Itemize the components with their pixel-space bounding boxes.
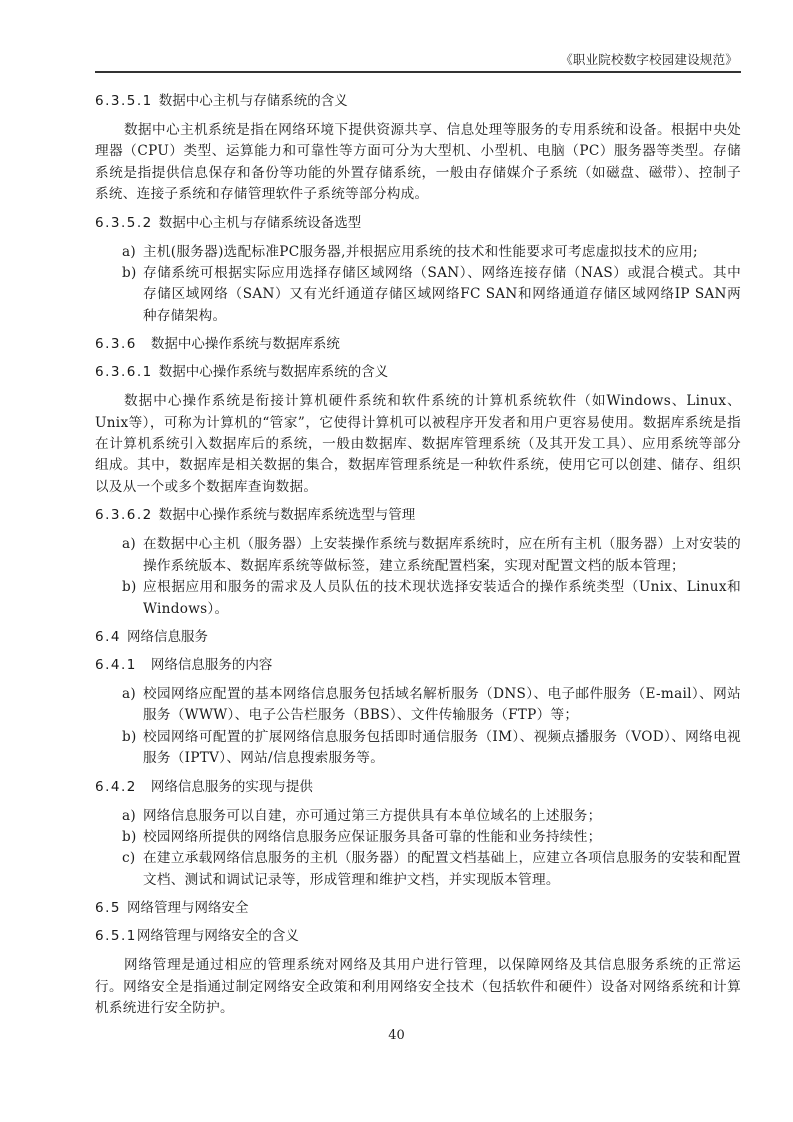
list-item: a)校园网络应配置的基本网络信息服务包括域名解析服务（DNS）、电子邮件服务（E… xyxy=(95,684,741,727)
section-heading-6-5: 6.5网络管理与网络安全 xyxy=(95,898,741,919)
section-title: 数据中心主机与存储系统设备选型 xyxy=(159,215,362,231)
list-marker: a) xyxy=(122,242,136,263)
section-heading-6-4: 6.4网络信息服务 xyxy=(95,627,741,648)
list-item-text: 应根据应用和服务的需求及人员队伍的技术现状选择安装适合的操作系统类型（Unix、… xyxy=(143,579,741,616)
list-item-text: 存储系统可根据实际应用选择存储区域网络（SAN）、网络连接存储（NAS）或混合模… xyxy=(143,265,741,324)
list-item-text: 主机(服务器)选配标准PC服务器,并根据应用系统的技术和性能要求可考虑虚拟技术的… xyxy=(143,244,698,260)
list: a)网络信息服务可以自建，亦可通过第三方提供具有本单位域名的上述服务； b)校园… xyxy=(95,806,741,892)
body-paragraph: 数据中心主机系统是指在网络环境下提供资源共享、信息处理等服务的专用系统和设备。根… xyxy=(95,120,741,206)
section-heading-6-3-5-2: 6.3.5.2数据中心主机与存储系统设备选型 xyxy=(95,213,741,234)
section-title: 数据中心操作系统与数据库系统的含义 xyxy=(159,364,389,380)
list: a)校园网络应配置的基本网络信息服务包括域名解析服务（DNS）、电子邮件服务（E… xyxy=(95,684,741,770)
list-item-text: 校园网络应配置的基本网络信息服务包括域名解析服务（DNS）、电子邮件服务（E-m… xyxy=(143,686,741,723)
list-marker: b) xyxy=(122,263,137,284)
section-heading-6-4-1: 6.4.1网络信息服务的内容 xyxy=(95,655,741,676)
section-title: 网络信息服务的内容 xyxy=(151,657,273,673)
list-item-text: 在数据中心主机（服务器）上安装操作系统与数据库系统时，应在所有主机（服务器）上对… xyxy=(143,536,741,573)
section-heading-6-3-6-2: 6.3.6.2数据中心操作系统与数据库系统选型与管理 xyxy=(95,505,741,526)
section-heading-6-5-1: 6.5.1网络管理与网络安全的含义 xyxy=(95,926,741,947)
list-marker: b) xyxy=(122,577,137,598)
section-heading-6-3-6: 6.3.6数据中心操作系统与数据库系统 xyxy=(95,334,741,355)
list-marker: a) xyxy=(122,684,136,705)
list-item: b)存储系统可根据实际应用选择存储区域网络（SAN）、网络连接存储（NAS）或混… xyxy=(95,263,741,327)
section-number: 6.4.2 xyxy=(95,777,137,798)
section-title: 数据中心操作系统与数据库系统选型与管理 xyxy=(159,507,416,523)
list-marker: a) xyxy=(122,534,136,555)
section-number: 6.3.6.2 xyxy=(95,505,153,526)
page-number: 40 xyxy=(0,1028,793,1043)
section-heading-6-3-5-1: 6.3.5.1数据中心主机与存储系统的含义 xyxy=(95,91,741,112)
header-rule xyxy=(95,71,741,73)
section-number: 6.4.1 xyxy=(95,655,137,676)
section-number: 6.5.1 xyxy=(95,926,137,947)
section-title: 网络信息服务 xyxy=(127,629,208,645)
list: a)主机(服务器)选配标准PC服务器,并根据应用系统的技术和性能要求可考虑虚拟技… xyxy=(95,242,741,328)
list-item-text: 校园网络可配置的扩展网络信息服务包括即时通信服务（IM）、视频点播服务（VOD）… xyxy=(143,729,741,766)
running-header: 《职业院校数字校园建设规范》 xyxy=(560,50,738,68)
section-title: 数据中心主机与存储系统的含义 xyxy=(159,93,348,109)
list-item: a)在数据中心主机（服务器）上安装操作系统与数据库系统时，应在所有主机（服务器）… xyxy=(95,534,741,577)
list-marker: c) xyxy=(122,848,136,869)
section-title: 数据中心操作系统与数据库系统 xyxy=(151,336,340,352)
section-number: 6.3.5.1 xyxy=(95,91,153,112)
section-title: 网络管理与网络安全 xyxy=(127,900,249,916)
section-number: 6.4 xyxy=(95,627,121,648)
list-item: b)校园网络可配置的扩展网络信息服务包括即时通信服务（IM）、视频点播服务（VO… xyxy=(95,727,741,770)
section-number: 6.3.5.2 xyxy=(95,213,153,234)
body-paragraph: 网络管理是通过相应的管理系统对网络及其用户进行管理，以保障网络及其信息服务系统的… xyxy=(95,955,741,1019)
list-item: c)在建立承载网络信息服务的主机（服务器）的配置文档基础上，应建立各项信息服务的… xyxy=(95,848,741,891)
list-item-text: 网络信息服务可以自建，亦可通过第三方提供具有本单位域名的上述服务； xyxy=(143,808,602,824)
list-item-text: 校园网络所提供的网络信息服务应保证服务具备可靠的性能和业务持续性； xyxy=(143,829,602,845)
list-item: b)应根据应用和服务的需求及人员队伍的技术现状选择安装适合的操作系统类型（Uni… xyxy=(95,577,741,620)
body-paragraph: 数据中心操作系统是衔接计算机硬件系统和软件系统的计算机系统软件（如Windows… xyxy=(95,391,741,498)
document-page: 《职业院校数字校园建设规范》 6.3.5.1数据中心主机与存储系统的含义 数据中… xyxy=(0,0,793,1122)
list-item: b)校园网络所提供的网络信息服务应保证服务具备可靠的性能和业务持续性； xyxy=(95,827,741,848)
section-title: 网络信息服务的实现与提供 xyxy=(151,779,313,795)
section-number: 6.3.6.1 xyxy=(95,362,153,383)
section-number: 6.5 xyxy=(95,898,121,919)
list: a)在数据中心主机（服务器）上安装操作系统与数据库系统时，应在所有主机（服务器）… xyxy=(95,534,741,620)
section-title: 网络管理与网络安全的含义 xyxy=(137,928,299,944)
page-content: 6.3.5.1数据中心主机与存储系统的含义 数据中心主机系统是指在网络环境下提供… xyxy=(95,91,741,1019)
section-heading-6-3-6-1: 6.3.6.1数据中心操作系统与数据库系统的含义 xyxy=(95,362,741,383)
section-heading-6-4-2: 6.4.2网络信息服务的实现与提供 xyxy=(95,777,741,798)
list-marker: b) xyxy=(122,827,137,848)
list-item: a)主机(服务器)选配标准PC服务器,并根据应用系统的技术和性能要求可考虑虚拟技… xyxy=(95,242,741,263)
list-marker: a) xyxy=(122,806,136,827)
section-number: 6.3.6 xyxy=(95,334,137,355)
list-item: a)网络信息服务可以自建，亦可通过第三方提供具有本单位域名的上述服务； xyxy=(95,806,741,827)
list-marker: b) xyxy=(122,727,137,748)
list-item-text: 在建立承载网络信息服务的主机（服务器）的配置文档基础上，应建立各项信息服务的安装… xyxy=(143,850,741,887)
